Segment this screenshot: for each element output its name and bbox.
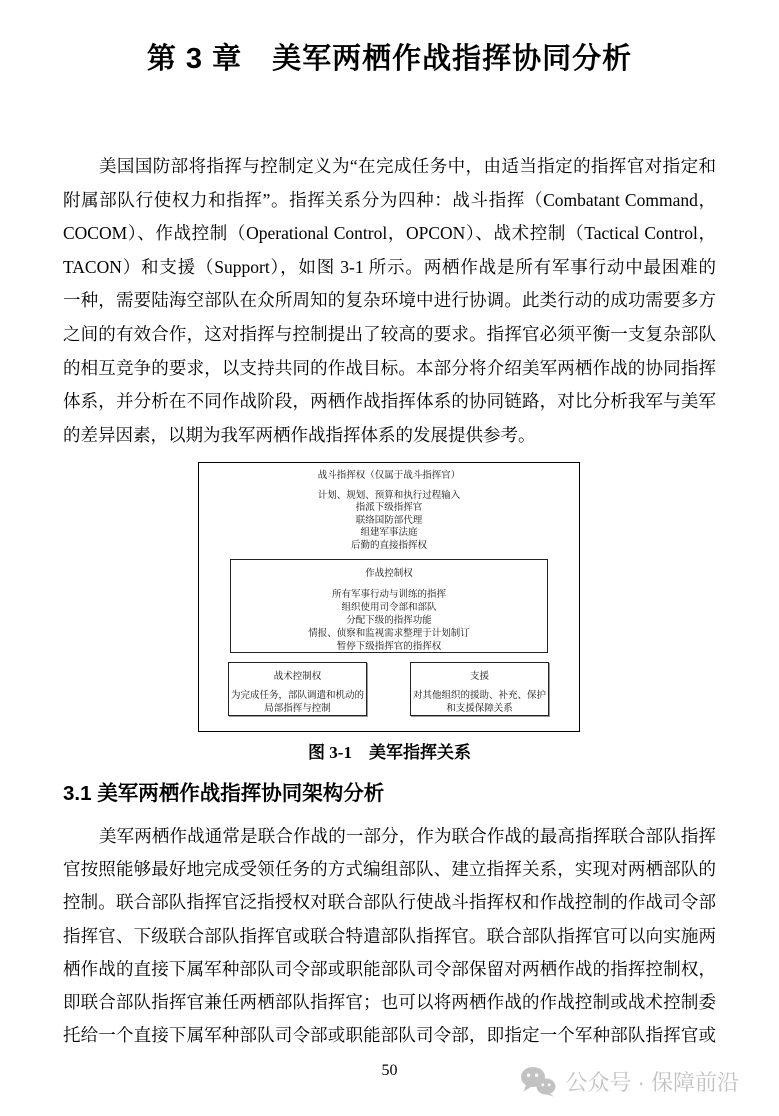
opcon-item: 所有军事行动与训练的指挥	[231, 588, 547, 601]
paragraph-line: 的相互竞争的要求，以支持共同的作战目标。本部分将介绍美军两栖作战的协同指挥	[63, 352, 716, 386]
paragraph-line: 美军两栖作战通常是联合作战的一部分，作为联合作战的最高指挥联合部队指挥	[63, 820, 716, 853]
tacon-line: 局部指挥与控制	[229, 702, 366, 715]
figure-caption: 图 3-1 美军指挥关系	[0, 738, 779, 763]
paragraph-line: 即联合部队指挥官兼任两栖部队指挥官；也可以将两栖作战的作战控制或战术控制委	[63, 986, 716, 1019]
paragraph-line: 托给一个直接下属军种部队司令部或职能部队司令部，即指定一个军种部队指挥官或	[63, 1019, 716, 1052]
paragraph-line: 的差异因素，以期为我军两栖作战指挥体系的发展提供参考。	[63, 419, 716, 453]
tacon-box-title: 战术控制权	[229, 668, 366, 682]
opcon-item: 暂停下级指挥官的指挥权	[231, 640, 547, 653]
watermark-text: 公众号 · 保障前沿	[565, 1066, 739, 1097]
paragraph-line: 体系，并分析在不同作战阶段，两栖作战指挥体系的协同链路，对比分析我军与美军	[63, 385, 716, 419]
support-box-title: 支援	[411, 668, 548, 682]
cocom-box-items: 计划、规划、预算和执行过程输入 指派下级指挥官 联络国防部代理 组建军事法庭 后…	[199, 490, 579, 552]
opcon-box-title: 作战控制权	[231, 565, 547, 579]
opcon-box: 作战控制权 所有军事行动与训练的指挥 组织使用司令部和部队 分配下级的指挥功能 …	[230, 559, 548, 653]
opcon-item: 分配下级的指挥功能	[231, 614, 547, 627]
paragraph-line: 指挥官、下级联合部队指挥官或联合特遣部队指挥官。联合部队指挥官可以向实施两	[63, 920, 716, 953]
paragraph-line: COCOM）、作战控制（Operational Control，OPCON）、战…	[63, 217, 716, 251]
paragraph-line: 官按照能够最好地完成受领任务的方式编组部队、建立指挥关系，实现对两栖部队的	[63, 853, 716, 886]
section-heading: 3.1 美军两栖作战指挥协同架构分析	[63, 776, 384, 806]
paragraph-line: 控制。联合部队指挥官泛指授权对联合部队行使战斗指挥权和作战控制的作战司令部	[63, 886, 716, 919]
cocom-item: 联络国防部代理	[199, 515, 579, 527]
tacon-box-text: 为完成任务，部队调遣和机动的 局部指挥与控制	[229, 689, 366, 715]
chapter-title: 第 3 章 美军两栖作战指挥协同分析	[0, 36, 779, 77]
cocom-item: 计划、规划、预算和执行过程输入	[199, 490, 579, 502]
paragraph-line: 一种，需要陆海空部队在众所周知的复杂环境中进行协调。此类行动的成功需要多方	[63, 284, 716, 318]
paragraph-line: 之间的有效合作，这对指挥与控制提出了较高的要求。指挥官必须平衡一支复杂部队	[63, 318, 716, 352]
support-box-text: 对其他组织的援助、补充、保护 和支援保障关系	[411, 689, 548, 715]
opcon-item: 组织使用司令部和部队	[231, 601, 547, 614]
watermark: 公众号 · 保障前沿	[520, 1066, 739, 1097]
support-box: 支援 对其他组织的援助、补充、保护 和支援保障关系	[410, 662, 549, 716]
tacon-box: 战术控制权 为完成任务，部队调遣和机动的 局部指挥与控制	[228, 662, 367, 716]
opcon-item: 情报、侦察和监视需求整理于计划制订	[231, 627, 547, 640]
paragraph-1: 美国国防部将指挥与控制定义为“在完成任务中，由适当指定的指挥官对指定和 附属部队…	[63, 150, 716, 452]
cocom-item: 后勤的直接指挥权	[199, 540, 579, 552]
opcon-box-items: 所有军事行动与训练的指挥 组织使用司令部和部队 分配下级的指挥功能 情报、侦察和…	[231, 588, 547, 653]
document-page: 第 3 章 美军两栖作战指挥协同分析 美国国防部将指挥与控制定义为“在完成任务中…	[0, 0, 779, 1116]
paragraph-line: 栖作战的直接下属军种部队司令部或职能部队司令部保留对两栖作战的指挥控制权，	[63, 953, 716, 986]
paragraph-line: 美国国防部将指挥与控制定义为“在完成任务中，由适当指定的指挥官对指定和	[63, 150, 716, 184]
support-line: 对其他组织的援助、补充、保护	[411, 689, 548, 702]
paragraph-line: TACON）和支援（Support），如图 3-1 所示。两栖作战是所有军事行动…	[63, 251, 716, 285]
tacon-line: 为完成任务，部队调遣和机动的	[229, 689, 366, 702]
cocom-item: 组建军事法庭	[199, 527, 579, 539]
figure-command-relationships: 战斗指挥权（仅属于战斗指挥官） 计划、规划、预算和执行过程输入 指派下级指挥官 …	[198, 462, 580, 732]
wechat-icon	[520, 1066, 556, 1097]
cocom-item: 指派下级指挥官	[199, 502, 579, 514]
support-line: 和支援保障关系	[411, 702, 548, 715]
paragraph-2: 美军两栖作战通常是联合作战的一部分，作为联合作战的最高指挥联合部队指挥 官按照能…	[63, 820, 716, 1052]
cocom-box-title: 战斗指挥权（仅属于战斗指挥官）	[199, 467, 579, 481]
paragraph-line: 附属部队行使权力和指挥”。指挥关系分为四种：战斗指挥（Combatant Com…	[63, 184, 716, 218]
